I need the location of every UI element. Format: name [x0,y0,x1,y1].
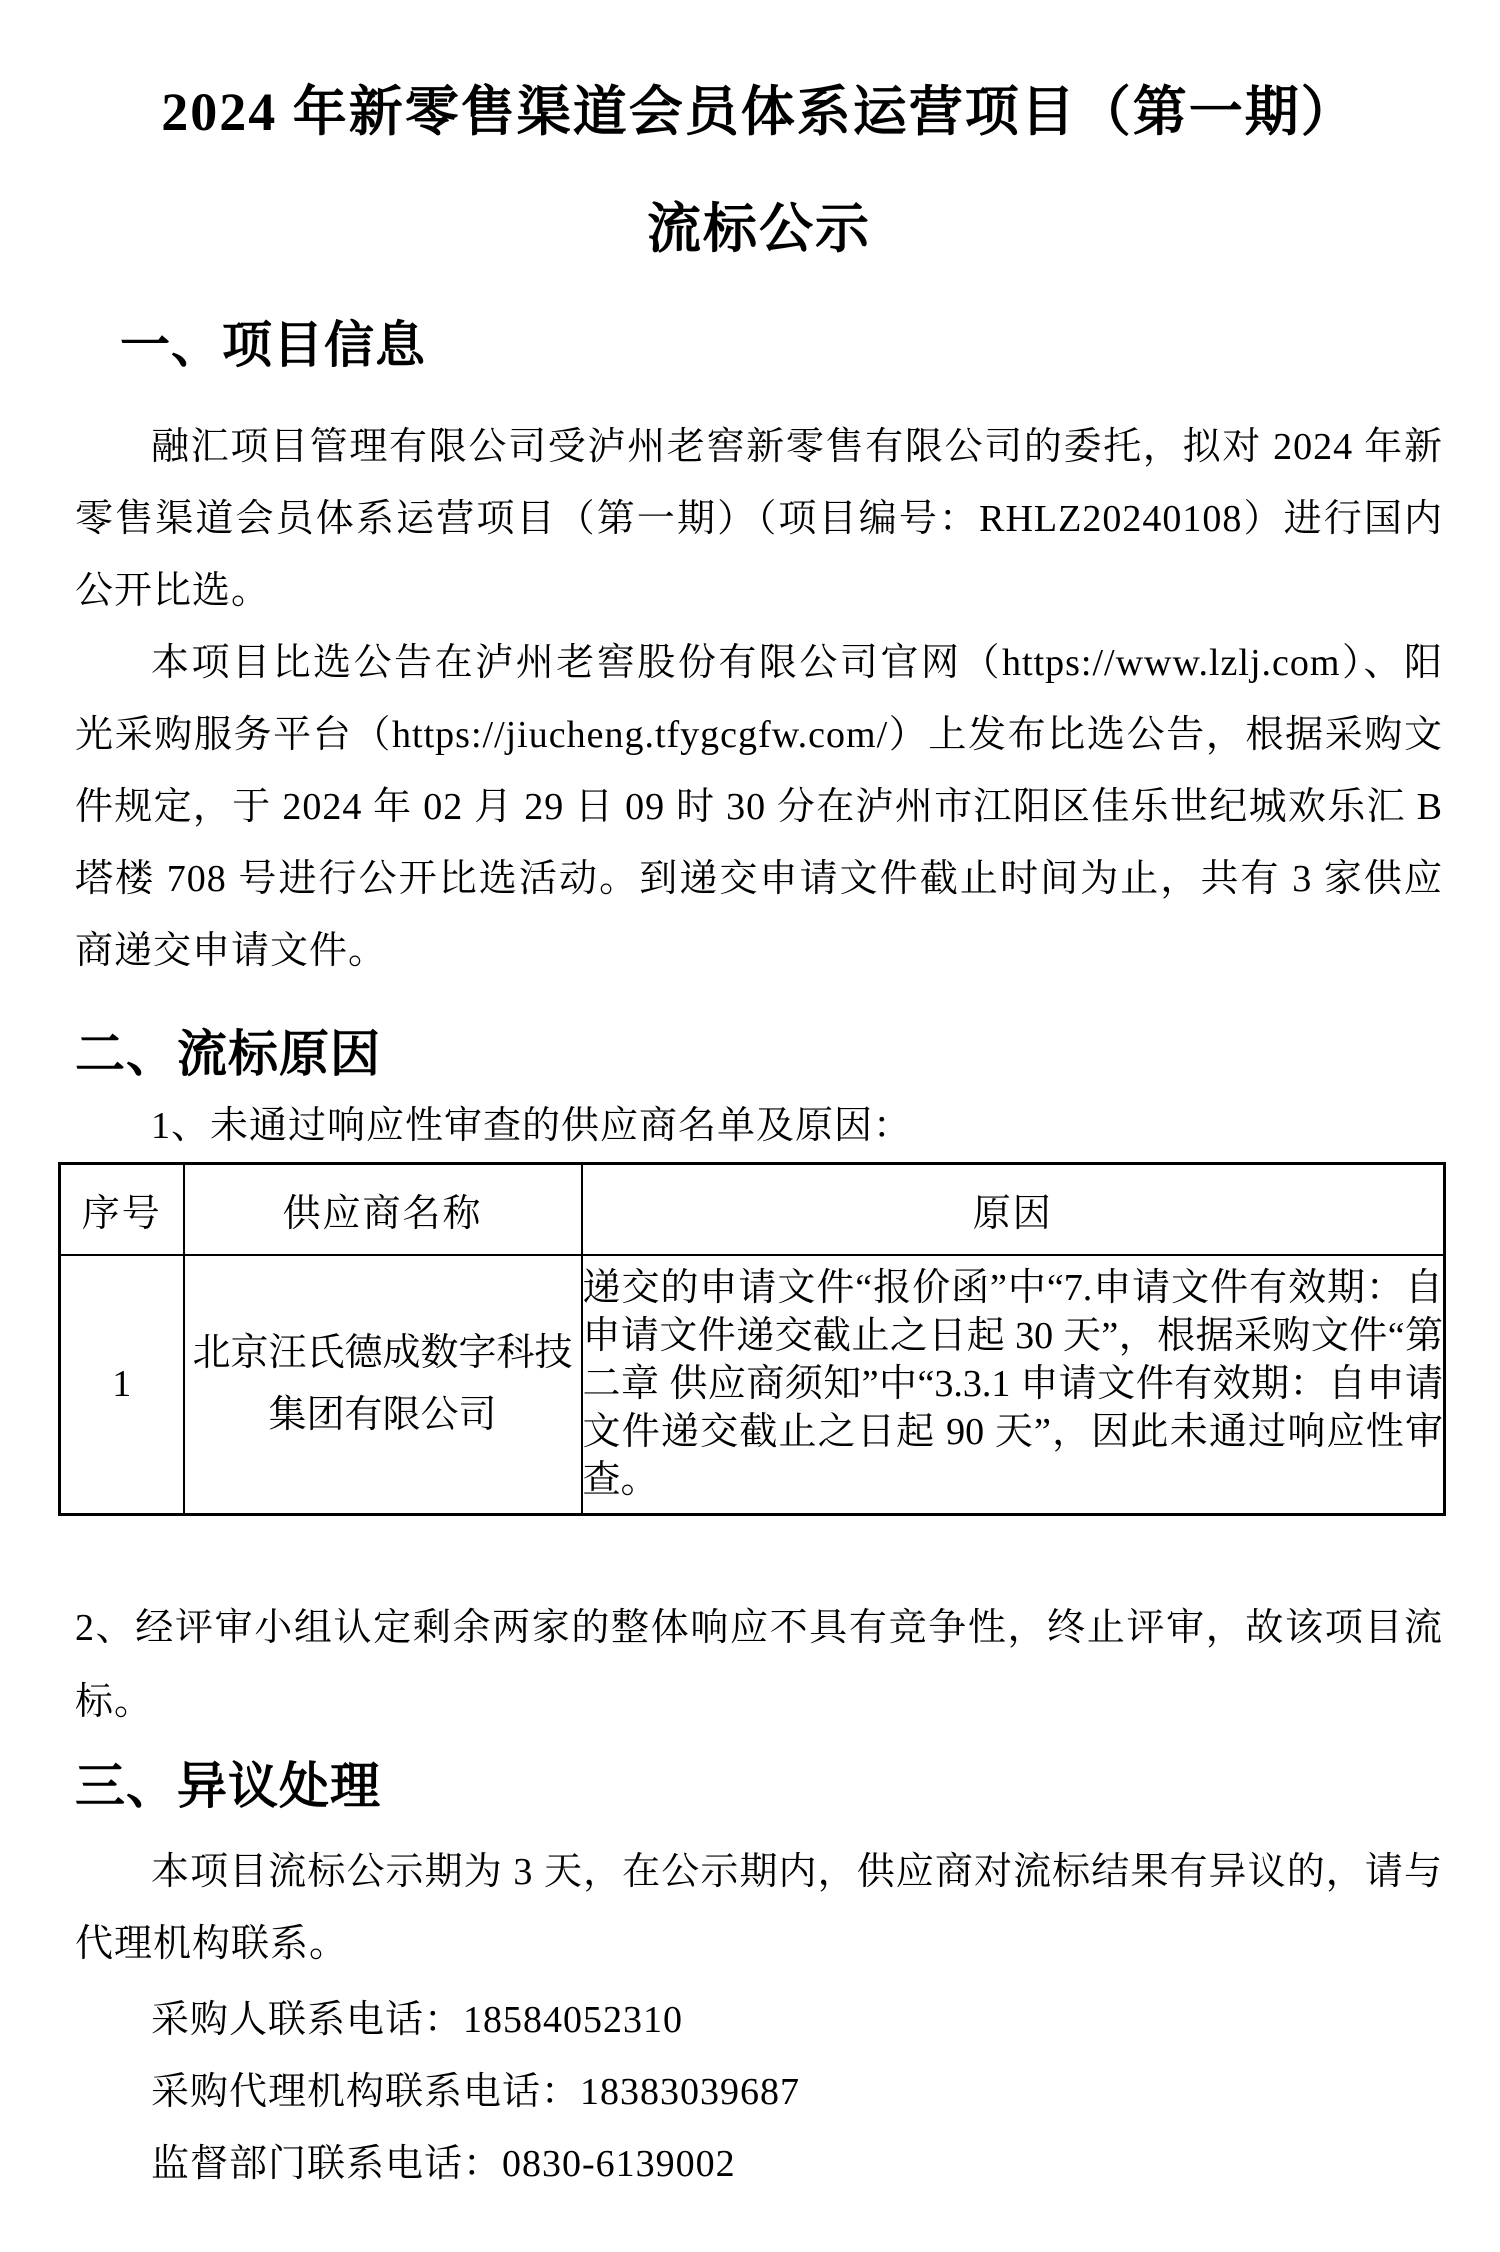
cell-row-number: 1 [60,1255,184,1515]
paragraph-project-intro: 融汇项目管理有限公司受泸州老窖新零售有限公司的委托，拟对 2024 年新零售渠道… [75,411,1443,627]
document-title: 2024 年新零售渠道会员体系运营项目（第一期） [75,80,1443,144]
column-header-supplier-name: 供应商名称 [184,1164,582,1255]
contact-supervision-phone: 监督部门联系电话：0830-6139002 [75,2128,1443,2200]
cell-supplier-name: 北京汪氏德成数字科技集团有限公司 [184,1255,582,1515]
contact-agency-phone: 采购代理机构联系电话：18383039687 [75,2056,1443,2128]
document-subtitle: 流标公示 [75,197,1443,261]
document-page: 2024 年新零售渠道会员体系运营项目（第一期） 流标公示 一、项目信息 融汇项… [0,0,1500,2252]
section-heading-project-info: 一、项目信息 [120,311,1443,379]
column-header-no: 序号 [60,1164,184,1255]
list-item-2: 2、经评审小组认定剩余两家的整体响应不具有竞争性，终止评审，故该项目流标。 [75,1591,1443,1739]
list-item-1-intro: 1、未通过响应性审查的供应商名单及原因： [75,1090,1443,1162]
paragraph-announcement-detail: 本项目比选公告在泸州老窖股份有限公司官网（https://www.lzlj.co… [75,627,1443,987]
paragraph-objection-period: 本项目流标公示期为 3 天，在公示期内，供应商对流标结果有异议的，请与代理机构联… [75,1836,1443,1980]
column-header-reason: 原因 [582,1164,1445,1255]
contact-purchaser-phone: 采购人联系电话：18584052310 [75,1984,1443,2056]
table-header-row: 序号 供应商名称 原因 [60,1164,1445,1255]
section-heading-objection-handling: 三、异议处理 [75,1752,1443,1820]
rejected-suppliers-table: 序号 供应商名称 原因 1 北京汪氏德成数字科技集团有限公司 递交的申请文件“报… [58,1162,1446,1516]
table-row: 1 北京汪氏德成数字科技集团有限公司 递交的申请文件“报价函”中“7.申请文件有… [60,1255,1445,1515]
section-heading-failure-reason: 二、流标原因 [75,1020,1443,1088]
cell-rejection-reason: 递交的申请文件“报价函”中“7.申请文件有效期：自申请文件递交截止之日起 30 … [582,1255,1445,1515]
